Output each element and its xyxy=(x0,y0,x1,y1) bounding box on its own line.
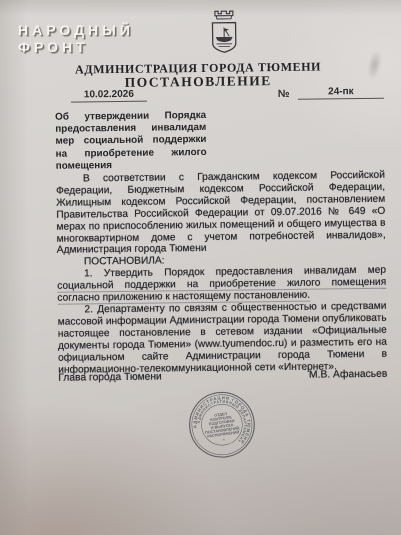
round-seal-icon: АДМИНИСТРАЦИЯ ГОРОДА ТЮМЕНИ АДМИНИСТРАТИ… xyxy=(184,387,260,463)
document-number: 24-пк xyxy=(298,86,384,100)
stamp-star: * xyxy=(223,437,226,442)
narodny-front-watermark: НАРОДНЫЙ ФРОНТ xyxy=(18,22,134,56)
intro-paragraph: В соответствии с Гражданским кодексом Ро… xyxy=(56,170,386,257)
watermark-line1: НАРОДНЫЙ xyxy=(18,22,134,39)
document-date: 10.02.2026 xyxy=(71,89,147,103)
watermark-line2: ФРОНТ xyxy=(18,39,134,56)
document-page: АДМИНИСТРАЦИЯ ГОРОДА ТЮМЕНИ ПОСТАНОВЛЕНИ… xyxy=(0,0,401,535)
document-body: В соответствии с Гражданским кодексом Ро… xyxy=(56,170,387,376)
tyumen-coat-of-arms-icon xyxy=(201,6,248,57)
number-sign: № xyxy=(278,88,290,100)
document-title: Об утверждении Порядка предоставления ин… xyxy=(55,110,207,173)
resolution-item-2: 2. Департаменту по связям с общественнос… xyxy=(57,301,387,376)
signatory-name: М.В. Афанасьев xyxy=(309,369,387,381)
resolution-item-1: 1. Утвердить Порядок предоставления инва… xyxy=(57,265,386,305)
signatory-position: Глава города Тюмени xyxy=(58,371,162,383)
document-photo: НАРОДНЫЙ ФРОНТ АДМИНИСТРАЦИЯ ГОРОДА ТЮМЕ… xyxy=(0,0,401,535)
